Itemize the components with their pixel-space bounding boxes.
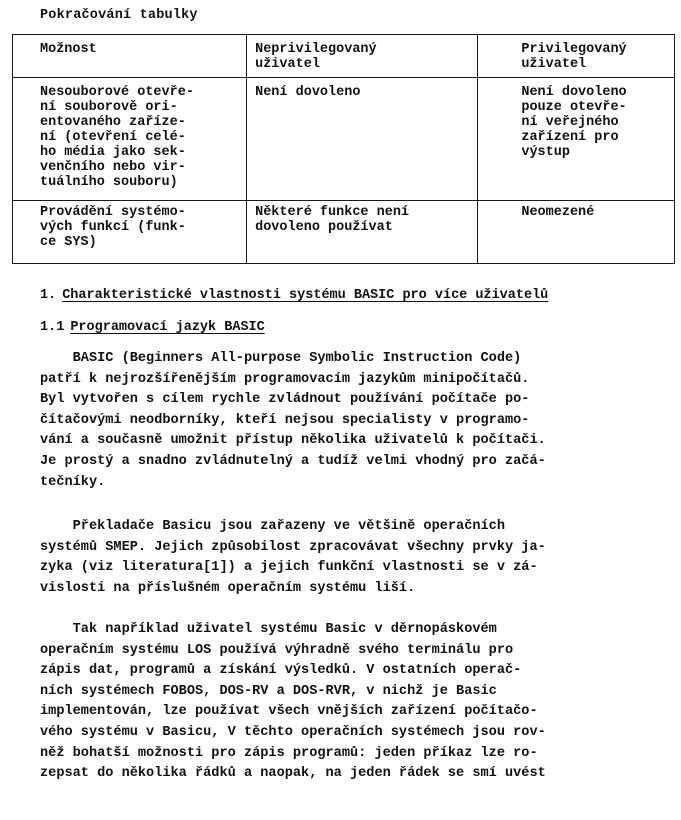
text-line: systémů SMEP. Jejich způsobilost zpracov… (40, 538, 680, 559)
text-line: vislosti na příslušném operačním systému… (40, 579, 680, 600)
cell-option: Nesouborové otevře- ní souborově ori- en… (13, 78, 247, 201)
subsection-title: Programovací jazyk BASIC (70, 320, 264, 335)
table-header-row: Možnost Neprivilegovaný uživatel Privile… (13, 35, 675, 78)
cell-unprivileged: Není dovoleno (247, 78, 478, 201)
document-page: Pokračování tabulky Možnost Neprivilegov… (0, 0, 681, 820)
text-line: Byl vytvořen s cílem rychle zvládnout po… (40, 390, 680, 411)
text-line: ních systémech FOBOS, DOS-RV a DOS-RVR, … (40, 682, 680, 703)
text-line: Tak například uživatel systému Basic v d… (40, 620, 680, 641)
section-number: 1. (40, 288, 56, 303)
text-line: zyka (viz literatura[1]) a jejich funkčn… (40, 558, 680, 579)
subsection-heading: 1.1Programovací jazyk BASIC (40, 320, 265, 335)
text-line: implementován, lze používat všech vnější… (40, 702, 680, 723)
text-line: patří k nejrozšířenějším programovacím j… (40, 370, 680, 391)
cell-text: Provádění systémo- vých funkcí (funk- ce… (13, 201, 246, 250)
text-line: tečníky. (40, 473, 680, 494)
header-unprivileged-text: Neprivilegovaný uživatel (247, 35, 477, 72)
options-table: Možnost Neprivilegovaný uživatel Privile… (12, 34, 675, 264)
section-title: Charakteristické vlastnosti systému BASI… (62, 288, 548, 303)
paragraph: Překladače Basicu jsou zařazeny ve větši… (40, 517, 680, 599)
text-line: něž bohatší možnosti pro zápis programů:… (40, 744, 680, 765)
cell-text: Není dovoleno (247, 78, 477, 100)
paragraph: Tak například uživatel systému Basic v d… (40, 620, 680, 785)
header-privileged-text: Privilegovaný uživatel (478, 35, 674, 72)
text-line: vého systému v Basicu, V těchto operační… (40, 723, 680, 744)
cell-privileged: Neomezené (478, 201, 675, 264)
cell-text: Některé funkce není dovoleno používat (247, 201, 477, 235)
section-heading: 1.Charakteristické vlastnosti systému BA… (40, 288, 548, 303)
header-option-text: Možnost (13, 35, 246, 57)
table-row: Provádění systémo- vých funkcí (funk- ce… (13, 201, 675, 264)
text-line: Překladače Basicu jsou zařazeny ve větši… (40, 517, 680, 538)
table-row: Nesouborové otevře- ní souborově ori- en… (13, 78, 675, 201)
subsection-number: 1.1 (40, 320, 64, 335)
text-line: BASIC (Beginners All-purpose Symbolic In… (40, 349, 680, 370)
text-line: zápis dat, programů a získání výsledků. … (40, 661, 680, 682)
cell-unprivileged: Některé funkce není dovoleno používat (247, 201, 478, 264)
cell-text: Neomezené (478, 201, 674, 220)
cell-text: Není dovoleno pouze otevře- ní veřejného… (478, 78, 674, 160)
text-line: čítačovými neodborníky, kteří nejsou spe… (40, 411, 680, 432)
header-privileged-user: Privilegovaný uživatel (478, 35, 675, 78)
text-line: vání a současně umožnit přístup několika… (40, 431, 680, 452)
cell-text: Nesouborové otevře- ní souborově ori- en… (13, 78, 246, 190)
header-option: Možnost (13, 35, 247, 78)
cell-option: Provádění systémo- vých funkcí (funk- ce… (13, 201, 247, 264)
text-line: operačním systému LOS používá výhradně s… (40, 641, 680, 662)
paragraph: BASIC (Beginners All-purpose Symbolic In… (40, 349, 680, 493)
text-line: zepsat do několika řádků a naopak, na je… (40, 764, 680, 785)
cell-privileged: Není dovoleno pouze otevře- ní veřejného… (478, 78, 675, 201)
text-line: Je prostý a snadno zvládnutelný a tudíž … (40, 452, 680, 473)
table-caption: Pokračování tabulky (40, 8, 198, 23)
header-unprivileged-user: Neprivilegovaný uživatel (247, 35, 478, 78)
